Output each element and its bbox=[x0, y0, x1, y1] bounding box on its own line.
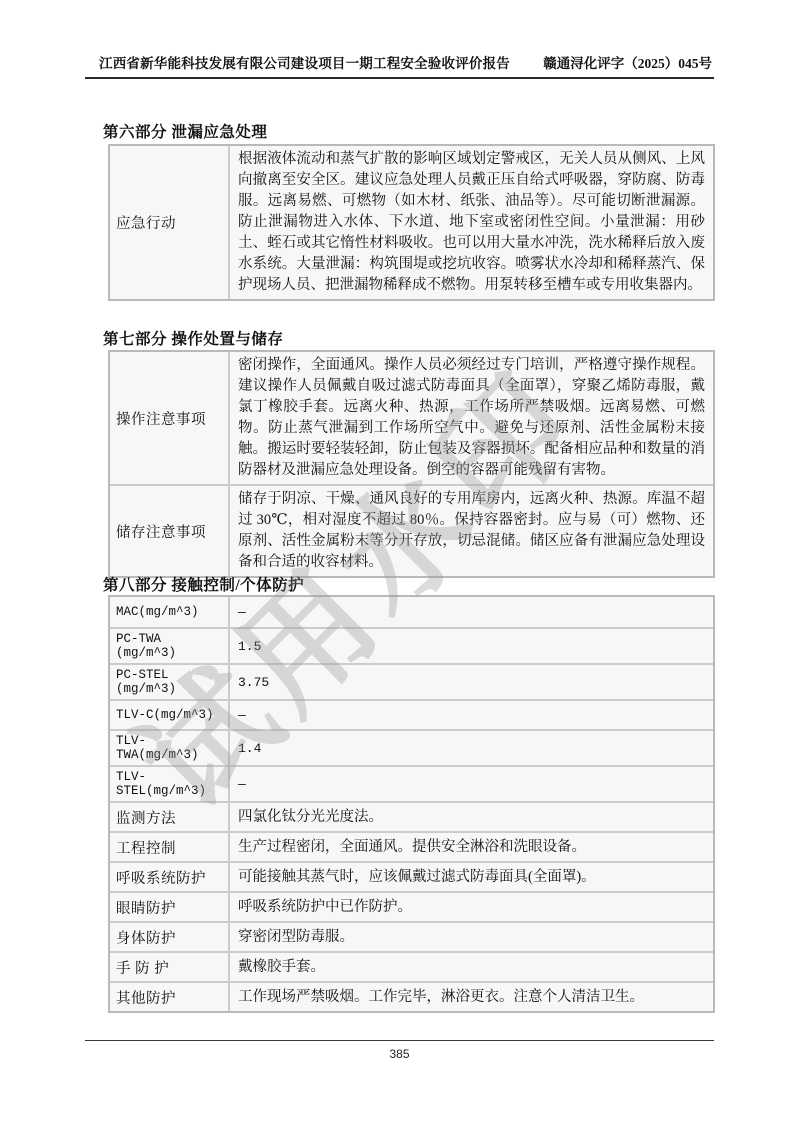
table-row: 身体防护 穿密闭型防毒服。 bbox=[110, 921, 713, 951]
row-content-storage-precautions: 储存于阴凉、干燥、通风良好的专用库房内，远离火种、热源。库温不超过 30℃，相对… bbox=[230, 486, 713, 576]
row-content-respiratory-protection: 可能接触其蒸气时，应该佩戴过滤式防毒面具(全面罩)。 bbox=[230, 863, 713, 891]
row-label-other-protection: 其他防护 bbox=[110, 983, 230, 1011]
row-label-pc-twa: PC-TWA (mg/m^3) bbox=[110, 629, 230, 663]
row-content-hand-protection: 戴橡胶手套。 bbox=[230, 953, 713, 981]
section8-table: MAC(mg/m^3) — PC-TWA (mg/m^3) 1.5 PC-STE… bbox=[108, 595, 715, 1013]
page-header: 江西省新华能科技发展有限公司建设项目一期工程安全验收评价报告 赣通浔化评字（20… bbox=[85, 55, 714, 79]
row-label-monitoring-method: 监测方法 bbox=[110, 803, 230, 831]
header-report-title: 江西省新华能科技发展有限公司建设项目一期工程安全验收评价报告 bbox=[99, 55, 510, 72]
table-row: MAC(mg/m^3) — bbox=[110, 597, 713, 627]
table-row: PC-STEL (mg/m^3) 3.75 bbox=[110, 663, 713, 699]
header-document-number: 赣通浔化评字（2025）045号 bbox=[543, 55, 712, 72]
row-value-tlv-stel: — bbox=[230, 767, 713, 801]
row-label-pc-stel: PC-STEL (mg/m^3) bbox=[110, 665, 230, 699]
table-row: TLV-C(mg/m^3) — bbox=[110, 699, 713, 729]
row-label-body-protection: 身体防护 bbox=[110, 923, 230, 951]
report-page: 江西省新华能科技发展有限公司建设项目一期工程安全验收评价报告 赣通浔化评字（20… bbox=[0, 0, 793, 1122]
row-label-engineering-control: 工程控制 bbox=[110, 833, 230, 861]
section6-title: 第六部分 泄漏应急处理 bbox=[103, 120, 267, 142]
row-content-engineering-control: 生产过程密闭，全面通风。提供安全淋浴和洗眼设备。 bbox=[230, 833, 713, 861]
table-row: 工程控制 生产过程密闭，全面通风。提供安全淋浴和洗眼设备。 bbox=[110, 831, 713, 861]
row-value-pc-stel: 3.75 bbox=[230, 665, 713, 699]
footer-divider bbox=[85, 1040, 714, 1041]
row-label-mac: MAC(mg/m^3) bbox=[110, 597, 230, 627]
row-label-tlv-c: TLV-C(mg/m^3) bbox=[110, 701, 230, 729]
row-content-body-protection: 穿密闭型防毒服。 bbox=[230, 923, 713, 951]
table-row: 手 防 护 戴橡胶手套。 bbox=[110, 951, 713, 981]
table-row: 眼睛防护 呼吸系统防护中已作防护。 bbox=[110, 891, 713, 921]
row-label-emergency-action: 应急行动 bbox=[110, 146, 230, 299]
table-row: 其他防护 工作现场严禁吸烟。工作完毕，淋浴更衣。注意个人清洁卫生。 bbox=[110, 981, 713, 1011]
row-label-handling-precautions: 操作注意事项 bbox=[110, 352, 230, 484]
row-content-emergency-action: 根据液体流动和蒸气扩散的影响区域划定警戒区，无关人员从侧风、上风向撤离至安全区。… bbox=[230, 146, 713, 299]
row-value-tlv-c: — bbox=[230, 701, 713, 729]
table-row: TLV-STEL(mg/m^3) — bbox=[110, 765, 713, 801]
table-row: 储存注意事项 储存于阴凉、干燥、通风良好的专用库房内，远离火种、热源。库温不超过… bbox=[110, 484, 713, 576]
row-content-handling-precautions: 密闭操作，全面通风。操作人员必须经过专门培训，严格遵守操作规程。建议操作人员佩戴… bbox=[230, 352, 713, 484]
row-label-tlv-stel: TLV-STEL(mg/m^3) bbox=[110, 767, 230, 801]
row-content-monitoring-method: 四氯化钛分光光度法。 bbox=[230, 803, 713, 831]
row-label-storage-precautions: 储存注意事项 bbox=[110, 486, 230, 576]
table-row: TLV-TWA(mg/m^3) 1.4 bbox=[110, 729, 713, 765]
row-value-pc-twa: 1.5 bbox=[230, 629, 713, 663]
row-value-tlv-twa: 1.4 bbox=[230, 731, 713, 765]
section8-title: 第八部分 接触控制/个体防护 bbox=[103, 573, 304, 595]
row-label-tlv-twa: TLV-TWA(mg/m^3) bbox=[110, 731, 230, 765]
section7-title: 第七部分 操作处置与储存 bbox=[103, 327, 283, 349]
table-row: PC-TWA (mg/m^3) 1.5 bbox=[110, 627, 713, 663]
table-row: 监测方法 四氯化钛分光光度法。 bbox=[110, 801, 713, 831]
table-row: 应急行动 根据液体流动和蒸气扩散的影响区域划定警戒区，无关人员从侧风、上风向撤离… bbox=[110, 146, 713, 299]
row-content-eye-protection: 呼吸系统防护中已作防护。 bbox=[230, 893, 713, 921]
row-content-other-protection: 工作现场严禁吸烟。工作完毕，淋浴更衣。注意个人清洁卫生。 bbox=[230, 983, 713, 1011]
row-label-respiratory-protection: 呼吸系统防护 bbox=[110, 863, 230, 891]
table-row: 操作注意事项 密闭操作，全面通风。操作人员必须经过专门培训，严格遵守操作规程。建… bbox=[110, 352, 713, 484]
table-row: 呼吸系统防护 可能接触其蒸气时，应该佩戴过滤式防毒面具(全面罩)。 bbox=[110, 861, 713, 891]
row-value-mac: — bbox=[230, 597, 713, 627]
row-label-eye-protection: 眼睛防护 bbox=[110, 893, 230, 921]
section7-table: 操作注意事项 密闭操作，全面通风。操作人员必须经过专门培训，严格遵守操作规程。建… bbox=[108, 350, 715, 578]
row-label-hand-protection: 手 防 护 bbox=[110, 953, 230, 981]
section6-table: 应急行动 根据液体流动和蒸气扩散的影响区域划定警戒区，无关人员从侧风、上风向撤离… bbox=[108, 144, 715, 301]
page-number: 385 bbox=[85, 1047, 714, 1061]
